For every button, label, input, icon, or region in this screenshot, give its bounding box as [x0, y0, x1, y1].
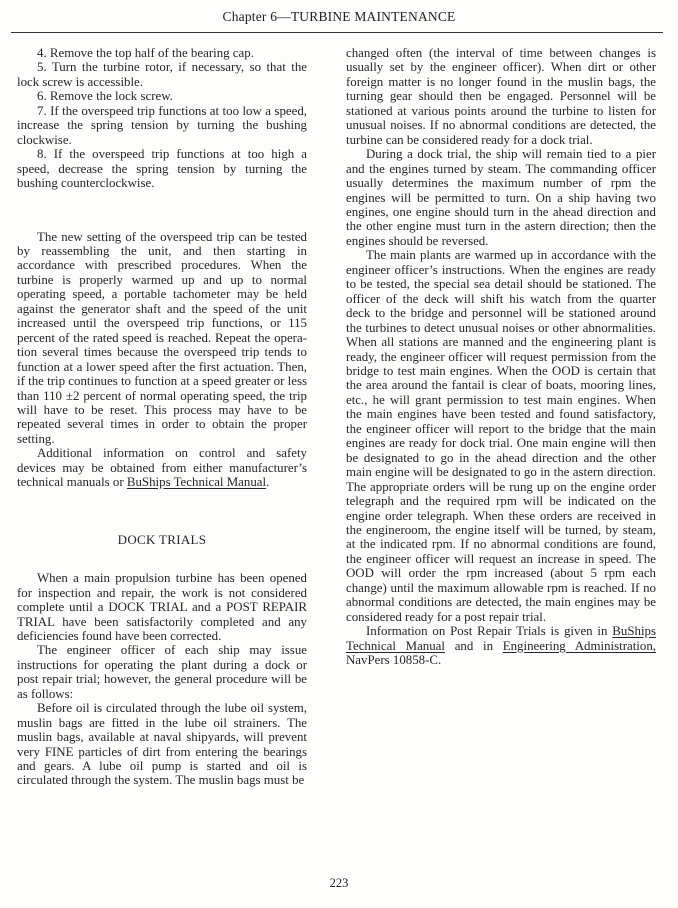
paragraph-dock-trial: During a dock trial, the ship will remai… — [346, 147, 656, 248]
text: and in — [445, 639, 503, 653]
paragraph-overspeed-test: The new setting of the overspeed trip ca… — [17, 230, 307, 447]
reference-engineering-administration: Engineer­ing Administration, — [503, 639, 656, 653]
text: NavPers 10858-C. — [346, 653, 441, 667]
step-5: 5. Turn the turbine rotor, if necessary,… — [17, 60, 307, 89]
paragraph-main-plants: The main plants are warmed up in ac­cord… — [346, 248, 656, 624]
right-column: changed often (the interval of time betw… — [346, 46, 656, 667]
text: Information on Post Repair Trials is giv… — [366, 624, 612, 638]
reference-buships-manual: BuShips Tech­nical Manual — [127, 475, 266, 489]
step-7: 7. If the overspeed trip functions at to… — [17, 104, 307, 147]
paragraph-continued: changed often (the interval of time betw… — [346, 46, 656, 147]
left-column: 4. Remove the top half of the bearing ca… — [17, 46, 307, 788]
text: . — [266, 475, 269, 489]
paragraph-engineer-officer: The engineer officer of each ship may is… — [17, 643, 307, 701]
paragraph-lube-oil: Before oil is circulated through the lub… — [17, 701, 307, 788]
header-rule — [11, 32, 663, 33]
running-head: Chapter 6—TURBINE MAINTENANCE — [0, 9, 678, 25]
paragraph-post-repair: Information on Post Repair Trials is giv… — [346, 624, 656, 667]
spacer — [17, 191, 307, 230]
step-6: 6. Remove the lock screw. — [17, 89, 307, 103]
step-4: 4. Remove the top half of the bearing ca… — [17, 46, 307, 60]
page-number: 223 — [0, 876, 678, 891]
spacer — [17, 490, 307, 533]
spacer — [17, 547, 307, 571]
section-heading-dock-trials: DOCK TRIALS — [17, 533, 307, 547]
paragraph-additional-info: Additional information on control and sa… — [17, 446, 307, 489]
step-8: 8. If the overspeed trip functions at to… — [17, 147, 307, 190]
paragraph-dock-intro: When a main propulsion turbine has been … — [17, 571, 307, 643]
